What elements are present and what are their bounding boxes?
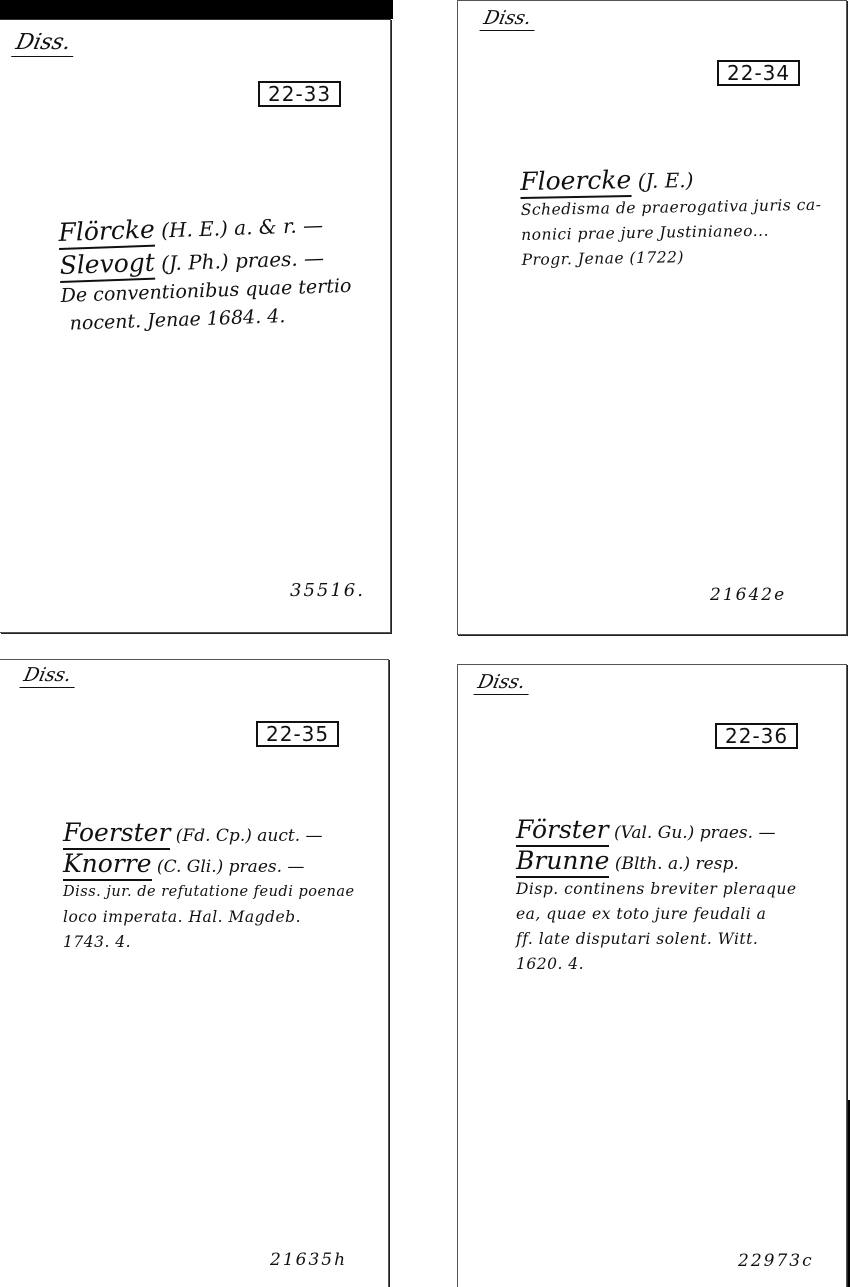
author-name: Förster	[516, 815, 609, 847]
catalog-card-22-34: Diss. 22-34 Floercke (J. E.) Schedisma d…	[457, 0, 847, 635]
card-entry: Foerster (Fd. Cp.) auct. — Knorre (C. Gl…	[63, 818, 355, 955]
title-line: Diss. jur. de refutatione feudi poenae	[63, 880, 355, 905]
title-line: Disp. continens breviter pleraque	[516, 877, 797, 902]
title-line: ea, quae ex toto jure feudali a	[516, 902, 797, 927]
call-number: 22-33	[258, 81, 341, 107]
accession-number: 21642e	[710, 585, 786, 605]
catalog-card-22-35: Diss. 22-35 Foerster (Fd. Cp.) auct. — K…	[0, 659, 389, 1287]
catalog-card-22-33: Diss. 22-33 Flörcke (H. E.) a. & r. — Sl…	[0, 19, 391, 633]
accession-number: 35516.	[290, 580, 365, 601]
card-entry: Flörcke (H. E.) a. & r. — Slevogt (J. Ph…	[58, 208, 353, 338]
title-line: loco imperata. Hal. Magdeb.	[63, 905, 355, 930]
author-name: Flörcke	[58, 215, 155, 250]
author-details: (J. E.)	[631, 168, 694, 193]
presider-name: Knorre	[63, 849, 152, 881]
card-entry: Förster (Val. Gu.) praes. — Brunne (Blth…	[516, 815, 797, 977]
card-category-label: Diss.	[11, 30, 79, 57]
call-number: 22-34	[717, 60, 800, 86]
author-details: (H. E.) a. & r. —	[154, 213, 323, 243]
imprint-line: 1743. 4.	[63, 930, 355, 955]
author-name: Floercke	[520, 165, 632, 199]
presider-name: Slevogt	[59, 248, 155, 283]
card-category-label: Diss.	[473, 671, 533, 695]
scan-border-top	[0, 0, 393, 19]
title-line: ff. late disputari solent. Witt.	[516, 927, 797, 952]
imprint-line: Progr. Jenae (1722)	[521, 243, 822, 273]
respondent-name: Brunne	[516, 846, 609, 878]
imprint-line: 1620. 4.	[516, 952, 797, 977]
card-category-label: Diss.	[479, 7, 539, 31]
catalog-card-22-36: Diss. 22-36 Förster (Val. Gu.) praes. — …	[457, 664, 847, 1287]
author-name: Foerster	[63, 818, 170, 850]
presider-details: (J. Ph.) praes. —	[154, 246, 324, 276]
author-details: (Val. Gu.) praes. —	[609, 823, 776, 843]
accession-number: 22973c	[738, 1251, 814, 1271]
card-entry: Floercke (J. E.) Schedisma de praerogati…	[520, 162, 822, 273]
call-number: 22-36	[715, 723, 798, 749]
accession-number: 21635h	[270, 1250, 347, 1270]
card-category-label: Diss.	[19, 664, 79, 688]
call-number: 22-35	[256, 721, 339, 747]
author-details: (Fd. Cp.) auct. —	[170, 826, 322, 846]
respondent-details: (Blth. a.) resp.	[609, 854, 738, 874]
title-line: Schedisma de praerogativa juris ca-	[521, 193, 822, 223]
presider-details: (C. Gli.) praes. —	[152, 857, 305, 877]
